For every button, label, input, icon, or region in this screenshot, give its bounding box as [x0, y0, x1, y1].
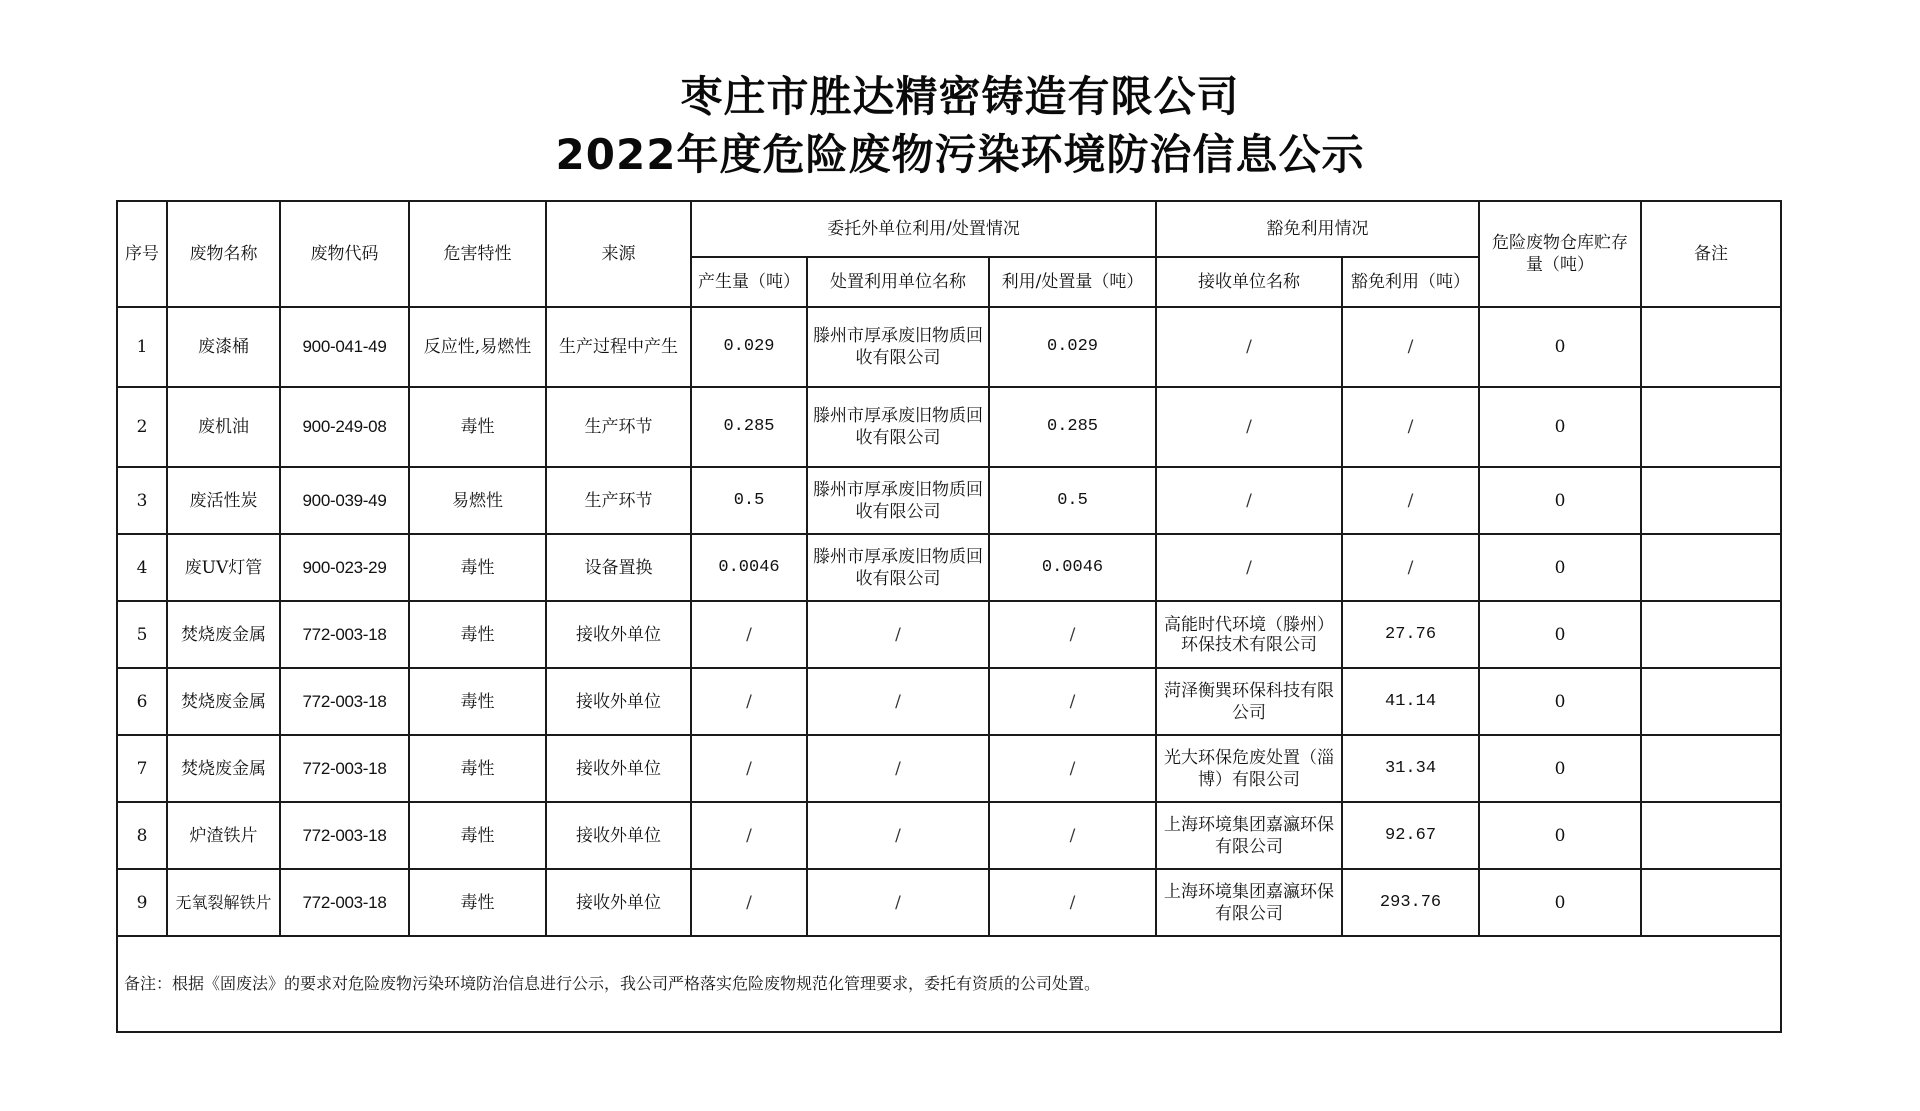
cell-hazard: 毒性 [409, 601, 546, 668]
cell-receiver: / [1156, 307, 1342, 387]
cell-storage: 0 [1479, 534, 1641, 601]
cell-produced: / [691, 735, 807, 802]
cell-remark [1641, 802, 1781, 869]
cell-name: 废UV灯管 [167, 534, 280, 601]
header-row-1: 序号 废物名称 废物代码 危害特性 来源 委托外单位利用/处置情况 豁免利用情况… [117, 201, 1781, 257]
cell-disposal-unit: 滕州市厚承废旧物质回收有限公司 [807, 534, 989, 601]
table-row: 4 废UV灯管 900-023-29 毒性 设备置换 0.0046 滕州市厚承废… [117, 534, 1781, 601]
cell-name: 废活性炭 [167, 467, 280, 534]
cell-disposal-unit: / [807, 601, 989, 668]
cell-produced: / [691, 601, 807, 668]
header-waste-name: 废物名称 [167, 201, 280, 307]
cell-source: 接收外单位 [546, 601, 691, 668]
table-row: 7 焚烧废金属 772-003-18 毒性 接收外单位 / / / 光大环保危废… [117, 735, 1781, 802]
header-storage: 危险废物仓库贮存量（吨） [1479, 201, 1641, 307]
header-remark: 备注 [1641, 201, 1781, 307]
cell-seq: 2 [117, 387, 167, 467]
cell-exempt: / [1342, 387, 1479, 467]
cell-storage: 0 [1479, 467, 1641, 534]
hazardous-waste-table: 序号 废物名称 废物代码 危害特性 来源 委托外单位利用/处置情况 豁免利用情况… [116, 200, 1782, 1033]
document-title: 枣庄市胜达精密铸造有限公司 2022年度危险废物污染环境防治信息公示 [0, 68, 1920, 184]
cell-remark [1641, 601, 1781, 668]
cell-produced: / [691, 668, 807, 735]
cell-source: 接收外单位 [546, 735, 691, 802]
cell-remark [1641, 467, 1781, 534]
cell-code: 900-039-49 [280, 467, 409, 534]
cell-receiver: / [1156, 467, 1342, 534]
cell-hazard: 毒性 [409, 534, 546, 601]
cell-exempt: 27.76 [1342, 601, 1479, 668]
cell-remark [1641, 668, 1781, 735]
cell-code: 772-003-18 [280, 869, 409, 936]
table-row: 3 废活性炭 900-039-49 易燃性 生产环节 0.5 滕州市厚承废旧物质… [117, 467, 1781, 534]
cell-disposed: / [989, 869, 1156, 936]
cell-disposed: 0.5 [989, 467, 1156, 534]
header-entrusted-group: 委托外单位利用/处置情况 [691, 201, 1156, 257]
cell-source: 接收外单位 [546, 802, 691, 869]
cell-code: 772-003-18 [280, 802, 409, 869]
cell-name: 焚烧废金属 [167, 601, 280, 668]
cell-disposal-unit: 滕州市厚承废旧物质回收有限公司 [807, 307, 989, 387]
cell-hazard: 毒性 [409, 869, 546, 936]
cell-disposed: / [989, 601, 1156, 668]
header-hazard: 危害特性 [409, 201, 546, 307]
cell-name: 废机油 [167, 387, 280, 467]
cell-seq: 7 [117, 735, 167, 802]
cell-disposal-unit: / [807, 735, 989, 802]
cell-disposed: / [989, 802, 1156, 869]
cell-hazard: 易燃性 [409, 467, 546, 534]
cell-produced: 0.029 [691, 307, 807, 387]
cell-name: 焚烧废金属 [167, 668, 280, 735]
table-row: 6 焚烧废金属 772-003-18 毒性 接收外单位 / / / 菏泽衡巽环保… [117, 668, 1781, 735]
cell-receiver: 菏泽衡巽环保科技有限公司 [1156, 668, 1342, 735]
cell-exempt: / [1342, 307, 1479, 387]
cell-name: 焚烧废金属 [167, 735, 280, 802]
cell-disposal-unit: / [807, 802, 989, 869]
cell-receiver: 上海环境集团嘉瀛环保有限公司 [1156, 869, 1342, 936]
cell-source: 生产环节 [546, 467, 691, 534]
cell-seq: 3 [117, 467, 167, 534]
cell-receiver: 上海环境集团嘉瀛环保有限公司 [1156, 802, 1342, 869]
cell-hazard: 毒性 [409, 668, 546, 735]
cell-code: 772-003-18 [280, 735, 409, 802]
cell-storage: 0 [1479, 869, 1641, 936]
cell-disposal-unit: 滕州市厚承废旧物质回收有限公司 [807, 467, 989, 534]
cell-produced: 0.0046 [691, 534, 807, 601]
header-source: 来源 [546, 201, 691, 307]
cell-disposal-unit: / [807, 668, 989, 735]
footnote-row: 备注：根据《固废法》的要求对危险废物污染环境防治信息进行公示，我公司严格落实危险… [117, 936, 1781, 1032]
cell-produced: 0.5 [691, 467, 807, 534]
cell-receiver: 高能时代环境（滕州）环保技术有限公司 [1156, 601, 1342, 668]
cell-storage: 0 [1479, 307, 1641, 387]
table-row: 8 炉渣铁片 772-003-18 毒性 接收外单位 / / / 上海环境集团嘉… [117, 802, 1781, 869]
cell-exempt: 41.14 [1342, 668, 1479, 735]
cell-storage: 0 [1479, 735, 1641, 802]
cell-disposed: 0.029 [989, 307, 1156, 387]
cell-name: 炉渣铁片 [167, 802, 280, 869]
header-exempt-amount: 豁免利用（吨） [1342, 257, 1479, 307]
cell-name: 废漆桶 [167, 307, 280, 387]
cell-hazard: 毒性 [409, 735, 546, 802]
cell-name: 无氧裂解铁片 [167, 869, 280, 936]
cell-exempt: 293.76 [1342, 869, 1479, 936]
cell-seq: 6 [117, 668, 167, 735]
cell-source: 接收外单位 [546, 869, 691, 936]
cell-remark [1641, 869, 1781, 936]
cell-disposed: 0.0046 [989, 534, 1156, 601]
cell-storage: 0 [1479, 668, 1641, 735]
cell-storage: 0 [1479, 387, 1641, 467]
header-exempt-group: 豁免利用情况 [1156, 201, 1479, 257]
cell-exempt: / [1342, 467, 1479, 534]
cell-receiver: 光大环保危废处置（淄博）有限公司 [1156, 735, 1342, 802]
cell-produced: / [691, 869, 807, 936]
cell-produced: / [691, 802, 807, 869]
cell-hazard: 毒性 [409, 802, 546, 869]
footnote: 备注：根据《固废法》的要求对危险废物污染环境防治信息进行公示，我公司严格落实危险… [117, 936, 1781, 1032]
header-receiver: 接收单位名称 [1156, 257, 1342, 307]
cell-receiver: / [1156, 387, 1342, 467]
cell-exempt: / [1342, 534, 1479, 601]
table-row: 5 焚烧废金属 772-003-18 毒性 接收外单位 / / / 高能时代环境… [117, 601, 1781, 668]
cell-code: 772-003-18 [280, 668, 409, 735]
cell-remark [1641, 735, 1781, 802]
cell-disposed: / [989, 735, 1156, 802]
cell-code: 900-023-29 [280, 534, 409, 601]
cell-exempt: 31.34 [1342, 735, 1479, 802]
cell-seq: 9 [117, 869, 167, 936]
header-produced: 产生量（吨） [691, 257, 807, 307]
table-row: 9 无氧裂解铁片 772-003-18 毒性 接收外单位 / / / 上海环境集… [117, 869, 1781, 936]
table-row: 1 废漆桶 900-041-49 反应性,易燃性 生产过程中产生 0.029 滕… [117, 307, 1781, 387]
cell-disposed: 0.285 [989, 387, 1156, 467]
cell-disposal-unit: 滕州市厚承废旧物质回收有限公司 [807, 387, 989, 467]
cell-code: 900-041-49 [280, 307, 409, 387]
header-disposal-unit: 处置利用单位名称 [807, 257, 989, 307]
cell-seq: 5 [117, 601, 167, 668]
cell-storage: 0 [1479, 802, 1641, 869]
cell-remark [1641, 307, 1781, 387]
cell-storage: 0 [1479, 601, 1641, 668]
header-waste-code: 废物代码 [280, 201, 409, 307]
cell-hazard: 毒性 [409, 387, 546, 467]
cell-seq: 8 [117, 802, 167, 869]
cell-source: 接收外单位 [546, 668, 691, 735]
cell-produced: 0.285 [691, 387, 807, 467]
cell-seq: 4 [117, 534, 167, 601]
cell-exempt: 92.67 [1342, 802, 1479, 869]
header-disposed: 利用/处置量（吨） [989, 257, 1156, 307]
cell-remark [1641, 387, 1781, 467]
cell-source: 生产环节 [546, 387, 691, 467]
company-name: 枣庄市胜达精密铸造有限公司 [0, 68, 1920, 126]
report-title: 2022年度危险废物污染环境防治信息公示 [0, 126, 1920, 184]
cell-hazard: 反应性,易燃性 [409, 307, 546, 387]
cell-remark [1641, 534, 1781, 601]
cell-receiver: / [1156, 534, 1342, 601]
table-row: 2 废机油 900-249-08 毒性 生产环节 0.285 滕州市厚承废旧物质… [117, 387, 1781, 467]
cell-source: 生产过程中产生 [546, 307, 691, 387]
cell-seq: 1 [117, 307, 167, 387]
cell-code: 772-003-18 [280, 601, 409, 668]
header-seq: 序号 [117, 201, 167, 307]
cell-code: 900-249-08 [280, 387, 409, 467]
cell-disposal-unit: / [807, 869, 989, 936]
cell-disposed: / [989, 668, 1156, 735]
cell-source: 设备置换 [546, 534, 691, 601]
